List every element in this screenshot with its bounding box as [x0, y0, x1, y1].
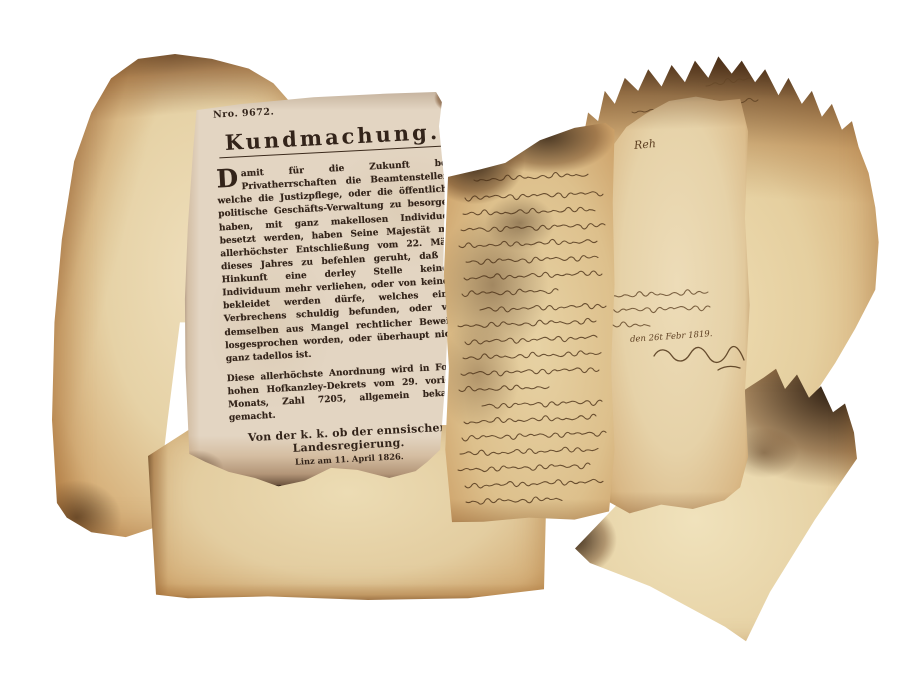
handwritten-page-left — [438, 120, 620, 532]
proclamation-paragraph-2: Diese allerhöchste Anordnung wird in Fol… — [227, 361, 465, 426]
handwritten-signature — [654, 347, 744, 370]
printed-proclamation: Nro. 9672. Kundmachung. Damit für die Zu… — [182, 86, 474, 488]
note-heading: Reh — [633, 137, 656, 152]
proclamation-paragraph-1: Damit für die Zukunft bey Privatherrscha… — [216, 157, 462, 366]
burnt-documents-photo: Reh den 26t Febr 1819. Nro. 9672. Kundma… — [0, 0, 912, 688]
handwritten-page-right: Reh den 26t Febr 1819. — [598, 88, 756, 522]
document-title: Kundmachung. — [218, 118, 447, 158]
handwriting-dense-lines — [438, 120, 620, 532]
handwriting-note-lines — [598, 88, 756, 522]
title-wrap: Kundmachung. — [214, 118, 451, 158]
